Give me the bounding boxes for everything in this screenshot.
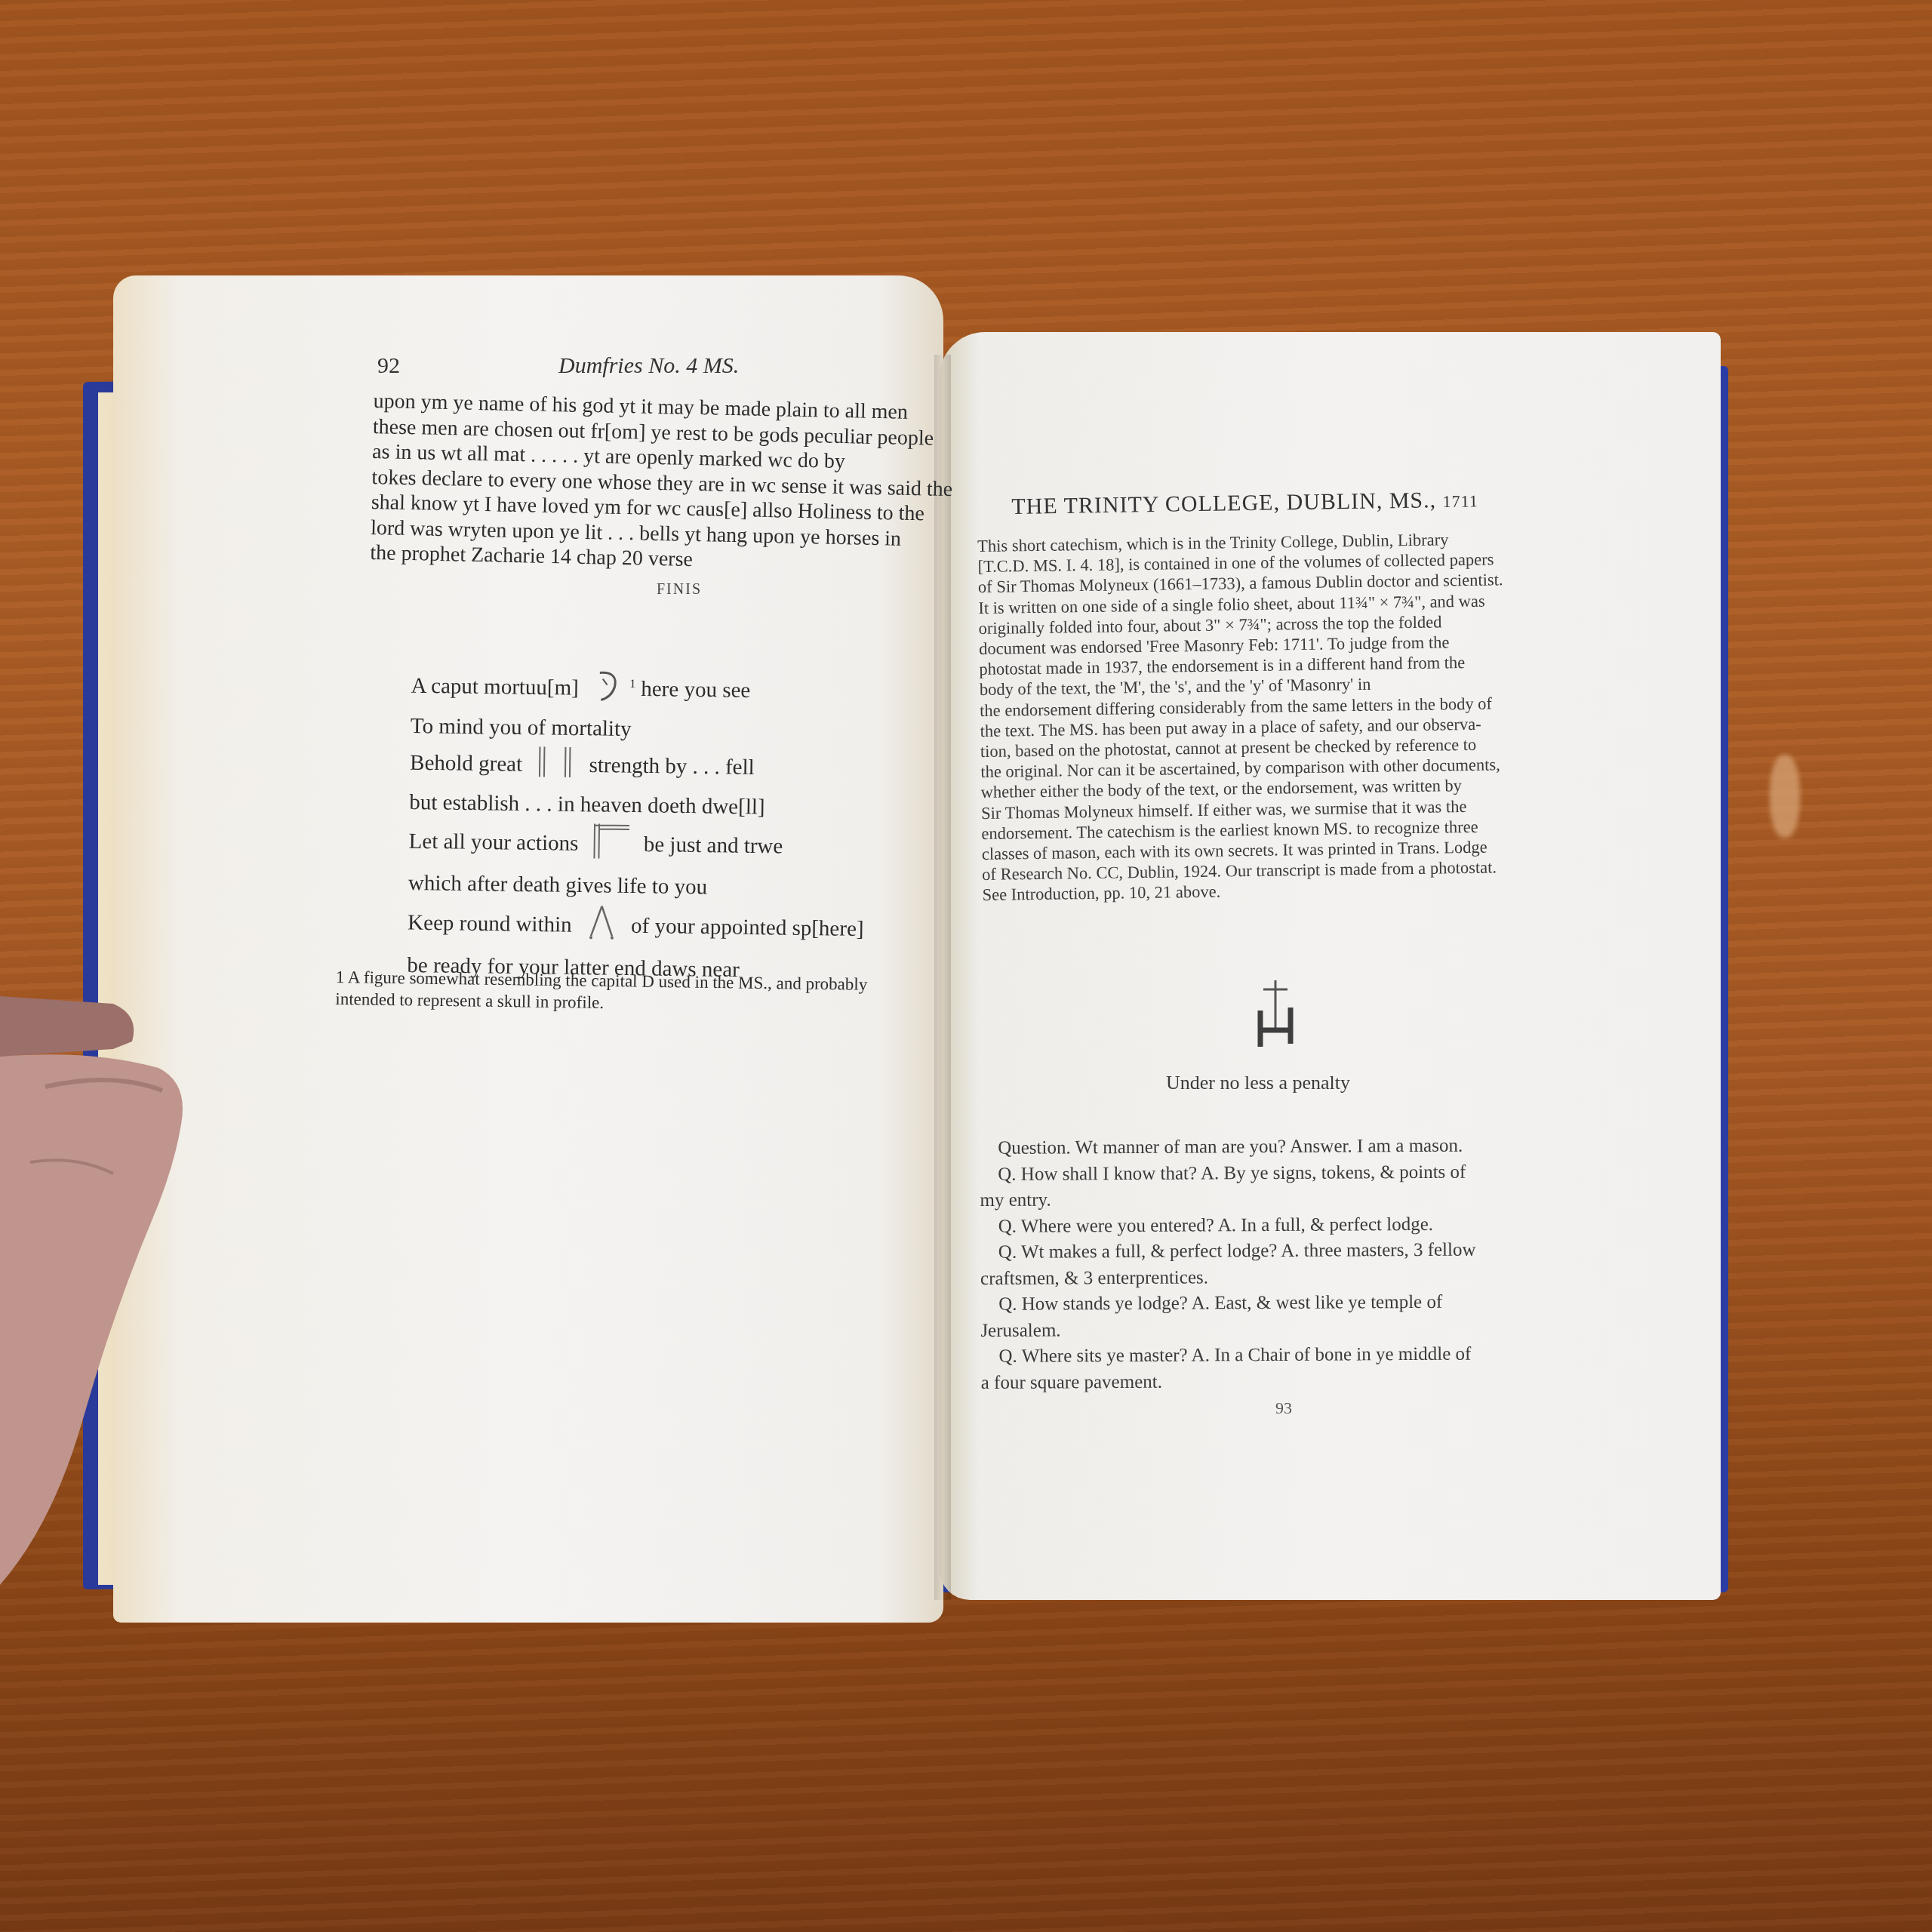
footnote-ref[interactable]: 1 <box>629 678 635 691</box>
skull-d-icon <box>592 668 623 712</box>
intro-paragraph: This short catechism, which is in the Tr… <box>977 528 1556 905</box>
catechism-line: my entry. <box>980 1185 1583 1214</box>
poem-line: A caput mortuu[m] 1 here you see <box>411 664 867 715</box>
catechism-line: Jerusalem. <box>980 1315 1584 1344</box>
left-prose: upon ym ye name of his god yt it may be … <box>370 389 947 577</box>
poem-line: Keep round within of your appointed sp[h… <box>408 900 864 955</box>
wood-knot <box>1770 755 1800 838</box>
catechism-line: Q. Where were you entered? A. In a full,… <box>980 1211 1584 1240</box>
catechism: Question. Wt manner of man are you? Answ… <box>980 1133 1585 1396</box>
right-page-number: 93 <box>1275 1398 1292 1418</box>
compasses-icon <box>584 903 618 952</box>
finis-mark: FINIS <box>657 581 702 598</box>
poem: A caput mortuu[m] 1 here you see To mind… <box>407 664 867 989</box>
symbol-caption: Under no less a penalty <box>1166 1072 1350 1094</box>
catechism-line: Q. How stands ye lodge? A. East, & west … <box>980 1289 1584 1318</box>
poem-line: Let all your actions be just and trwe <box>408 820 865 872</box>
heading-year: 1711 <box>1442 491 1478 511</box>
left-footnote: 1 A figure somewhat resembling the capit… <box>335 966 940 1018</box>
pillars-icon <box>535 745 577 788</box>
poem-line: Behold great strength by . . . fell <box>410 743 866 792</box>
right-page[interactable] <box>940 332 1721 1600</box>
left-running-title: Dumfries No. 4 MS. <box>558 353 739 379</box>
catechism-line: Q. How shall I know that? A. By ye signs… <box>980 1158 1583 1188</box>
catechism-line: a four square pavement. <box>981 1367 1585 1396</box>
catechism-line: Question. Wt manner of man are you? Answ… <box>980 1133 1583 1162</box>
catechism-line: Q. Wt makes a full, & perfect lodge? A. … <box>980 1237 1584 1266</box>
catechism-line: Q. Where sits ye master? A. In a Chair o… <box>980 1341 1584 1371</box>
cross-monogram-icon <box>1253 977 1298 1049</box>
square-icon <box>591 822 631 869</box>
hand-thumb <box>0 996 189 1585</box>
left-page-number: 92 <box>377 353 400 379</box>
catechism-line: craftsmen, & 3 enterprentices. <box>980 1263 1584 1292</box>
